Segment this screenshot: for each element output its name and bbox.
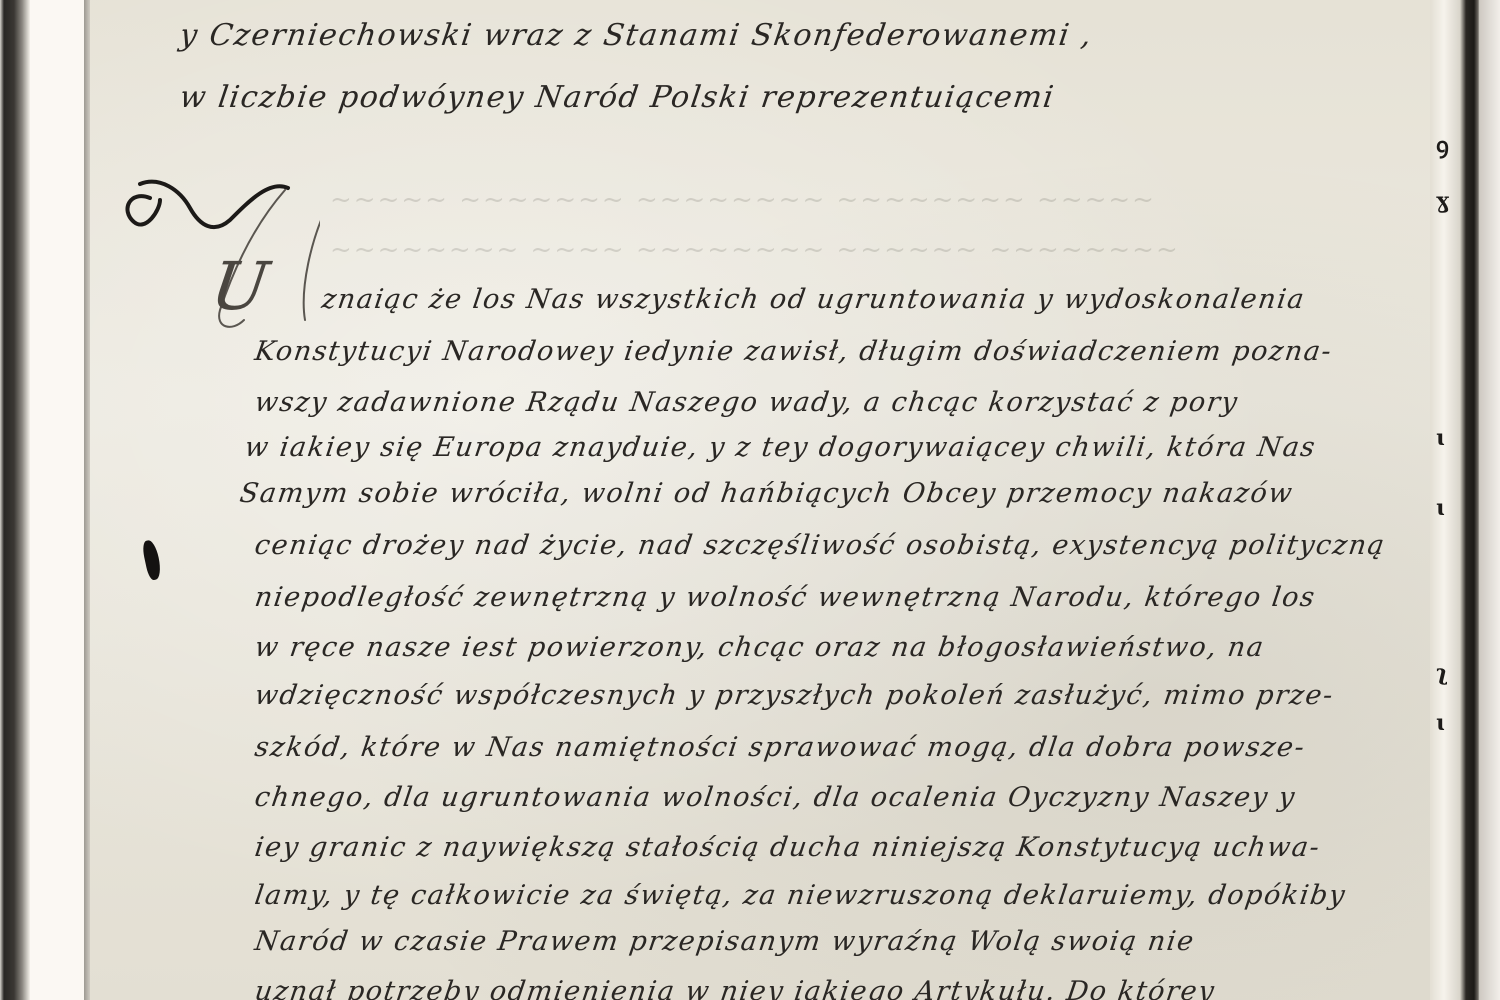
margin-mark: ɩ [1436,495,1444,521]
body-line: znaiąc że los Nas wszystkich od ugruntow… [320,284,1308,315]
body-line: lamy, y tę całkowicie za świętą, za niew… [253,880,1348,911]
body-line: szkód, które w Nas namiętności sprawować… [253,732,1308,763]
body-line: w iakiey się Europa znayduie, y z tey do… [243,432,1318,463]
bleed-through-text: ~~~~~ ~~~~~~~ ~~~~~~~~ ~~~~~~~~ ~~~~~ [330,185,1156,215]
body-line: uznał potrzeby odmienienia w niey iakieg… [253,976,1217,1000]
body-line: wdzięczność współczesnych y przyszłych p… [253,680,1336,711]
scan-frame-left [0,0,30,1000]
margin-mark: ꝯ [1436,130,1449,160]
scan-frame-right [1480,0,1500,1000]
margin-mark: ɩ [1436,425,1444,451]
margin-mark: ɩ [1436,710,1444,736]
bleed-through-text: ~~~~~~~~ ~~~~ ~~~~~~~~ ~~~~~~ ~~~~~~~~ [330,235,1180,265]
body-line: Konstytucyi Narodowey iedynie zawisł, dł… [253,336,1335,367]
header-line-2: w liczbie podwóyney Naród Polski repreze… [178,80,1057,115]
body-line: Naród w czasie Prawem przepisanym wyraźn… [253,926,1197,957]
header-line-1: y Czerniechowski wraz z Stanami Skonfede… [178,18,1095,53]
scan-margin-left [30,0,88,1000]
body-line: chnego, dla ugruntowania wolności, dla o… [253,782,1298,813]
body-line: iey granic z naywiększą stałością ducha … [253,832,1323,863]
margin-mark: ɣ [1436,188,1449,214]
body-line: Samym sobie wróciła, wolni od hańbiących… [238,478,1296,509]
initial-letter: U [207,248,275,325]
body-line: wszy zadawnione Rządu Naszego wady, a ch… [253,387,1241,418]
body-line: ceniąc drożey nad życie, nad szczęśliwoś… [253,530,1388,561]
margin-mark: ʅ [1436,660,1448,686]
body-line: w ręce nasze iest powierzony, chcąc oraz… [253,632,1267,663]
body-line: niepodległość zewnętrzną y wolność wewnę… [253,582,1318,613]
